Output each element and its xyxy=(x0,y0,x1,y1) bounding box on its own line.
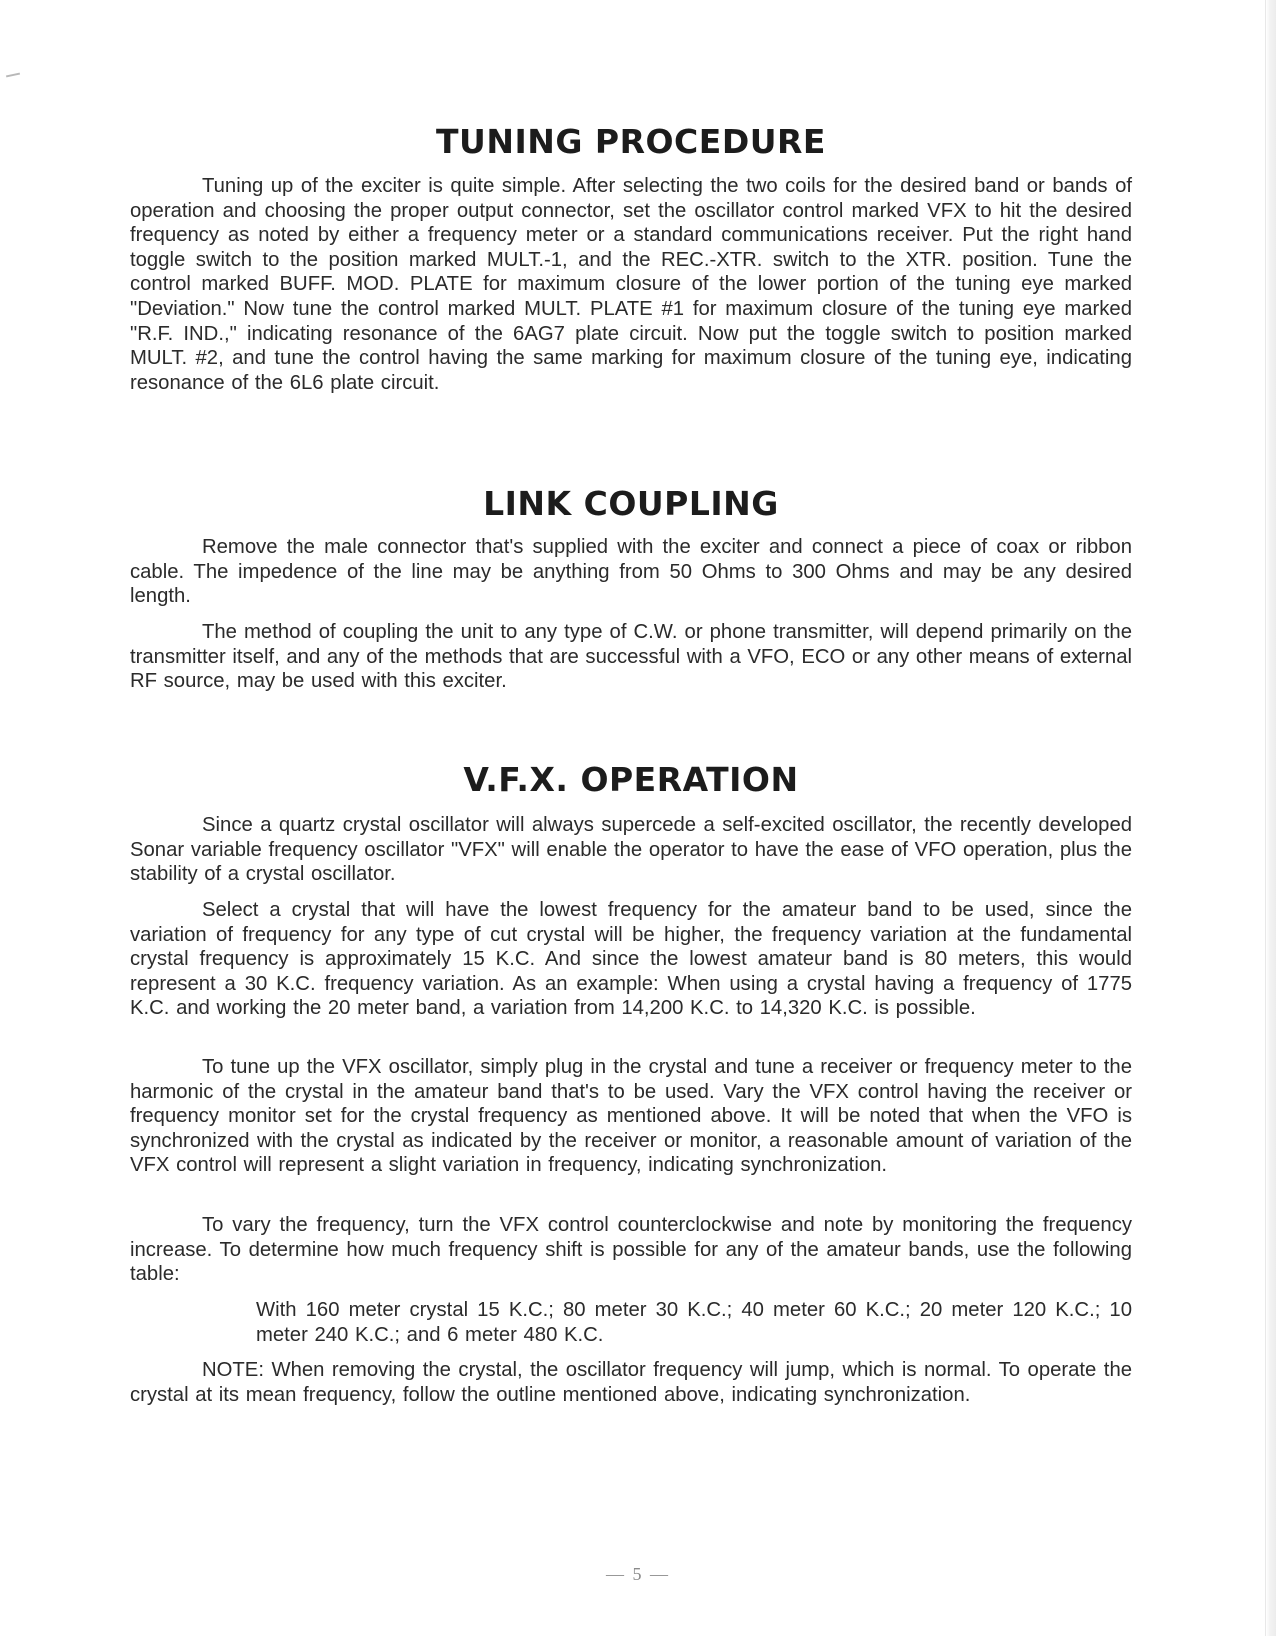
page-number: — 5 — xyxy=(0,1564,1276,1585)
vfx-operation-paragraph-2: Select a crystal that will have the lowe… xyxy=(130,898,1132,1021)
frequency-shift-table-text: With 160 meter crystal 15 K.C.; 80 meter… xyxy=(256,1298,1132,1347)
scan-mark xyxy=(6,73,20,78)
vfx-operation-paragraph-4: To vary the frequency, turn the VFX cont… xyxy=(130,1213,1132,1287)
section-title-link-coupling: LINK COUPLING xyxy=(130,484,1132,523)
section-title-tuning-procedure: TUNING PROCEDURE xyxy=(130,122,1132,161)
tuning-procedure-paragraph: Tuning up of the exciter is quite simple… xyxy=(130,174,1132,395)
vfx-operation-paragraph-3: To tune up the VFX oscillator, simply pl… xyxy=(130,1055,1132,1178)
link-coupling-paragraph-1: Remove the male connector that's supplie… xyxy=(130,535,1132,609)
page-edge-shadow xyxy=(1265,0,1276,1636)
vfx-operation-note: NOTE: When removing the crystal, the osc… xyxy=(130,1358,1132,1407)
document-page: TUNING PROCEDURE Tuning up of the excite… xyxy=(0,0,1276,1636)
section-title-vfx-operation: V.F.X. OPERATION xyxy=(130,760,1132,799)
vfx-operation-paragraph-1: Since a quartz crystal oscillator will a… xyxy=(130,813,1132,887)
link-coupling-paragraph-2: The method of coupling the unit to any t… xyxy=(130,620,1132,694)
